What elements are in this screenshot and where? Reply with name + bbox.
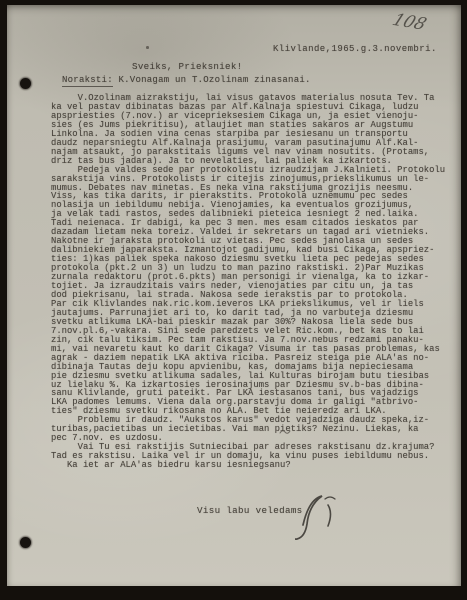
- date-line: Klivlande,1965.g.3.novembri.: [273, 44, 437, 54]
- paragraph-4: Vai Tu esi rakstijis Sutniecibai par adr…: [51, 443, 457, 461]
- paragraph-1: V.Ozolinam aizrakstiju, lai visus gatavo…: [51, 94, 457, 166]
- signature-flourish: [295, 491, 347, 543]
- scanned-letter: 108 Klivlande,1965.g.3.novembri. Sveiks,…: [0, 0, 467, 600]
- handwritten-insertion-mark: [279, 428, 291, 435]
- paper-speck: [146, 46, 149, 49]
- letter-page: 108 Klivlande,1965.g.3.novembri. Sveiks,…: [7, 5, 461, 586]
- letter-body: V.Ozolinam aizrakstiju, lai visus gatavo…: [51, 94, 457, 470]
- copies-label: Noraksti:: [62, 75, 113, 87]
- greeting-line: Sveiks, Prieksniek!: [132, 61, 242, 72]
- punch-hole-top: [20, 78, 31, 89]
- paragraph-3: Problemu ir daudz. "Aukstos karus" vedot…: [51, 416, 457, 443]
- paragraph-2: Pedeja valdes sede par protokolistu izra…: [51, 166, 457, 417]
- archive-page-number: 108: [389, 10, 437, 35]
- copies-line: Noraksti: K.Vonagam un T.Ozolinam zinasa…: [62, 75, 311, 85]
- paragraph-5: Ka iet ar ALA'as biedru karsu iesniegsan…: [51, 461, 457, 470]
- closing-line: Visu labu veledams: [197, 505, 303, 516]
- punch-hole-bottom: [20, 537, 31, 548]
- copies-recipients: K.Vonagam un T.Ozolinam zinasanai.: [113, 75, 311, 85]
